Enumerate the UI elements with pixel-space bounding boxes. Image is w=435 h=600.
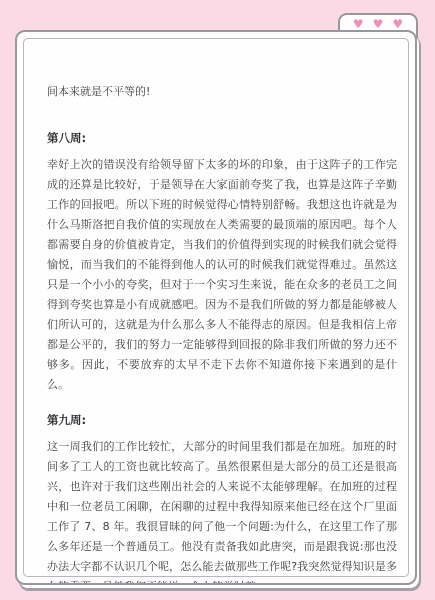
heart-icon: ♥: [373, 18, 384, 30]
notebook-page: ♥ ♥ ♥ 间本来就是不平等的! 第八周: 幸好上次的错误没有给领导留下太多的坏…: [0, 0, 435, 600]
diary-content: 间本来就是不平等的! 第八周: 幸好上次的错误没有给领导留下太多的坏的印象，由于…: [17, 32, 415, 583]
heart-icon: ♥: [353, 18, 364, 30]
week-9-heading: 第九周:: [47, 410, 397, 430]
heart-icon: ♥: [392, 18, 403, 30]
opening-line: 间本来就是不平等的!: [47, 82, 397, 102]
week-8-paragraph: 幸好上次的错误没有给领导留下太多的坏的印象，由于这阵子的工作完成的还算是比较好，…: [47, 155, 397, 395]
note-card: 间本来就是不平等的! 第八周: 幸好上次的错误没有给领导留下太多的坏的印象，由于…: [15, 30, 417, 585]
week-8-heading: 第八周:: [47, 128, 397, 148]
week-9-paragraph: 这一周我们的工作比较忙，大部分的时间里我们都是在加班。加班的时间多了工人的工资也…: [47, 437, 397, 583]
